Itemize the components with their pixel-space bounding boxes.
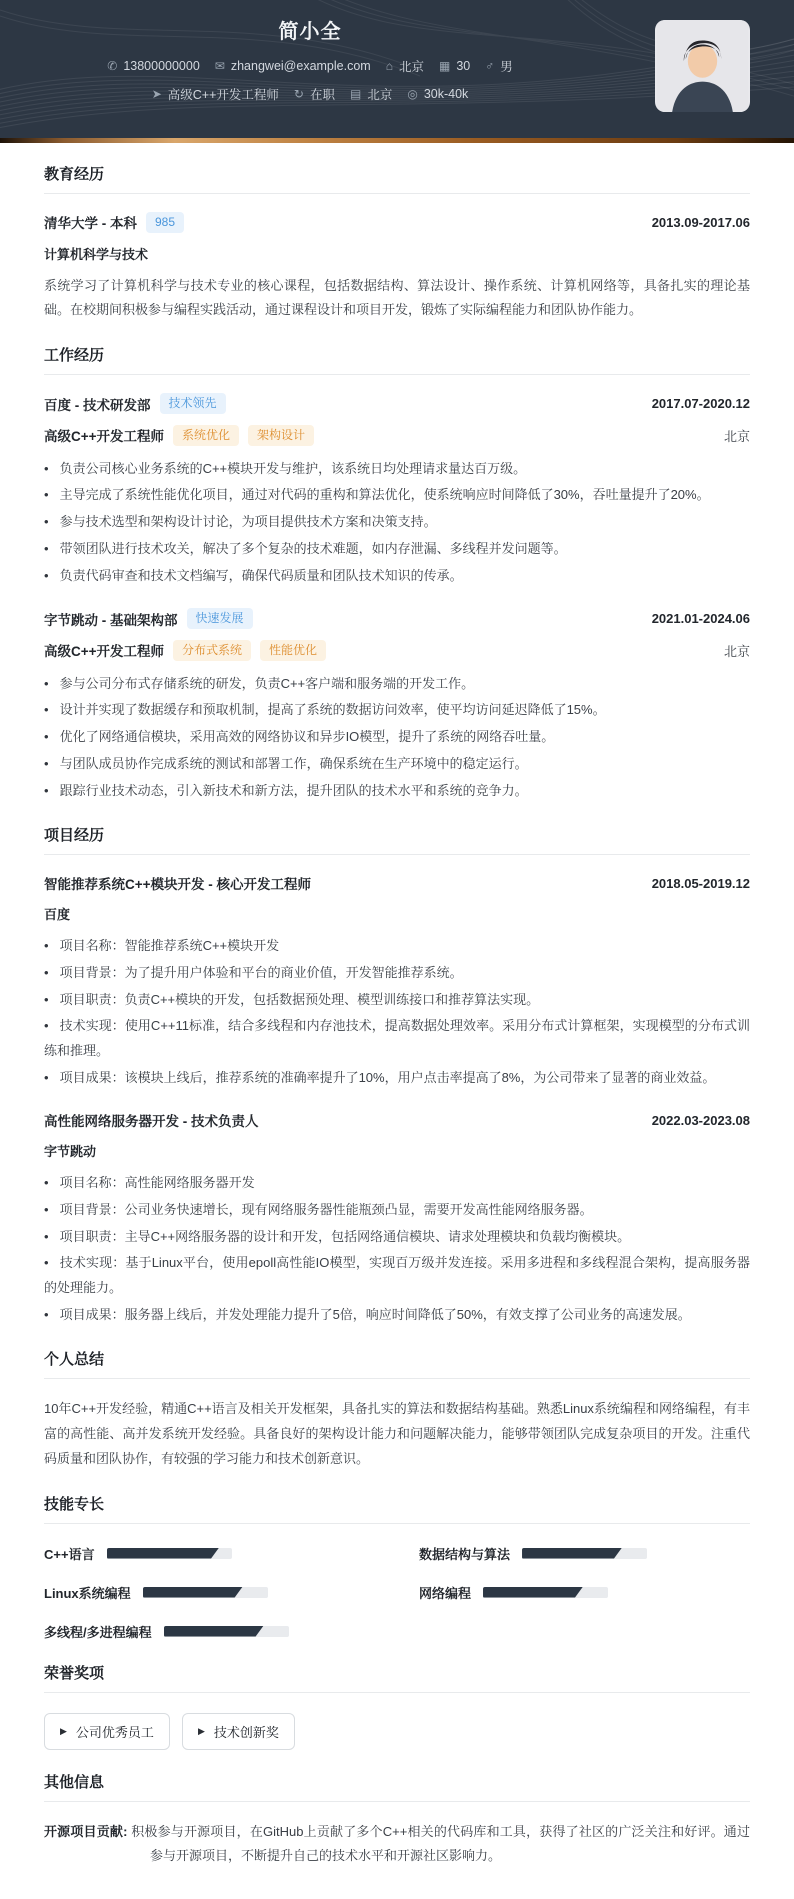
bullet-text: 负责代码审查和技术文档编写，确保代码质量和团队技术知识的传承。	[60, 568, 463, 583]
contact-item: ➤高级C++开发工程师	[152, 85, 279, 103]
contact-text: 13800000000	[123, 59, 199, 73]
skill-name: 网络编程	[419, 1583, 471, 1602]
section-heading-work: 工作经历	[44, 344, 750, 375]
bullet-item: •项目成果：服务器上线后，并发处理能力提升了5倍，响应时间降低了50%，有效支撑…	[44, 1303, 750, 1328]
bullet-item: •参与公司分布式存储系统的研发，负责C++客户端和服务端的开发工作。	[44, 672, 750, 697]
contact-item: ◎30k-40k	[407, 87, 468, 101]
bullet-dot-icon: •	[44, 1175, 49, 1190]
skill-bar-fill	[164, 1626, 264, 1637]
contact-item: ▤北京	[350, 85, 392, 103]
work-location: 北京	[724, 641, 750, 660]
project-title: 高性能网络服务器开发 - 技术负责人	[44, 1110, 259, 1130]
skill-name: C++语言	[44, 1544, 95, 1563]
section-heading-skills: 技能专长	[44, 1493, 750, 1524]
skill-tag: 分布式系统	[173, 640, 251, 661]
contact-item: ♂男	[485, 57, 513, 75]
play-icon: ▶	[60, 1726, 67, 1737]
position-icon: ➤	[152, 87, 162, 101]
project-entry: 高性能网络服务器开发 - 技术负责人2022.03-2023.08字节跳动•项目…	[44, 1110, 750, 1327]
bullet-item: •参与技术选型和架构设计讨论，为项目提供技术方案和决策支持。	[44, 510, 750, 535]
bullet-item: •项目背景：公司业务快速增长，现有网络服务器性能瓶颈凸显，需要开发高性能网络服务…	[44, 1198, 750, 1223]
contact-text: zhangwei@example.com	[231, 59, 371, 73]
candidate-name: 简小全	[0, 15, 620, 44]
work-entry-company-row: 字节跳动 - 基础架构部快速发展2021.01-2024.06	[44, 608, 750, 629]
project-title: 智能推荐系统C++模块开发 - 核心开发工程师	[44, 873, 311, 893]
project-entry-title-row: 高性能网络服务器开发 - 技术负责人2022.03-2023.08	[44, 1110, 750, 1130]
bullet-text: 技术实现：基于Linux平台，使用epoll高性能IO模型，实现百万级并发连接。…	[44, 1255, 750, 1295]
honor-label: 技术创新奖	[214, 1722, 279, 1741]
home-icon: ⌂	[386, 59, 393, 73]
contact-item: ✆13800000000	[107, 59, 200, 73]
section-skills: 技能专长 C++语言数据结构与算法Linux系统编程网络编程多线程/多进程编程	[44, 1493, 750, 1641]
project-entry-title-row: 智能推荐系统C++模块开发 - 核心开发工程师2018.05-2019.12	[44, 873, 750, 893]
bullet-list: •负责公司核心业务系统的C++模块开发与维护，该系统日均处理请求量达百万级。•主…	[44, 457, 750, 588]
contact-item: ↻在职	[294, 85, 335, 103]
skill-item: 多线程/多进程编程	[44, 1622, 375, 1641]
bullet-text: 项目名称：高性能网络服务器开发	[60, 1175, 255, 1190]
play-icon: ▶	[198, 1726, 205, 1737]
contact-text: 北京	[367, 85, 392, 103]
honor-button[interactable]: ▶公司优秀员工	[44, 1713, 170, 1750]
skill-name: 数据结构与算法	[419, 1544, 510, 1563]
bullet-dot-icon: •	[44, 1070, 49, 1085]
skill-name: Linux系统编程	[44, 1583, 131, 1602]
skill-item: 数据结构与算法	[419, 1544, 750, 1563]
skill-bar-track	[143, 1587, 268, 1598]
education-description: 系统学习了计算机科学与技术专业的核心课程，包括数据结构、算法设计、操作系统、计算…	[44, 274, 750, 323]
bullet-item: •项目背景：为了提升用户体验和平台的商业价值，开发智能推荐系统。	[44, 961, 750, 986]
bullet-dot-icon: •	[44, 461, 49, 476]
contact-item: ▦30	[439, 59, 470, 73]
skill-tag: 架构设计	[248, 425, 314, 446]
project-entry: 智能推荐系统C++模块开发 - 核心开发工程师2018.05-2019.12百度…	[44, 873, 750, 1090]
contact-text: 北京	[399, 57, 424, 75]
project-company: 百度	[44, 904, 750, 923]
bullet-item: •项目成果：该模块上线后，推荐系统的准确率提升了10%，用户点击率提高了8%，为…	[44, 1066, 750, 1091]
work-location: 北京	[724, 426, 750, 445]
bullet-item: •负责代码审查和技术文档编写，确保代码质量和团队技术知识的传承。	[44, 564, 750, 589]
contact-text: 30	[456, 59, 470, 73]
skills-grid: C++语言数据结构与算法Linux系统编程网络编程多线程/多进程编程	[44, 1524, 750, 1641]
education-date-range: 2013.09-2017.06	[652, 215, 750, 230]
skill-tag: 性能优化	[260, 640, 326, 661]
bullet-text: 技术实现：使用C++11标准，结合多线程和内存池技术，提高数据处理效率。采用分布…	[44, 1018, 750, 1058]
bullet-dot-icon: •	[44, 676, 49, 691]
bullet-text: 主导完成了系统性能优化项目，通过对代码的重构和算法优化，使系统响应时间降低了30…	[60, 487, 710, 502]
bullet-item: •设计并实现了数据缓存和预取机制，提高了系统的数据访问效率，使平均访问延迟降低了…	[44, 698, 750, 723]
bullet-item: •跟踪行业技术动态，引入新技术和新方法，提升团队的技术水平和系统的竞争力。	[44, 779, 750, 804]
work-date-range: 2021.01-2024.06	[652, 611, 750, 626]
contact-text: 男	[500, 57, 513, 75]
section-heading-education: 教育经历	[44, 163, 750, 194]
bullet-item: •带领团队进行技术攻关，解决了多个复杂的技术难题，如内存泄漏、多线程并发问题等。	[44, 537, 750, 562]
section-honors: 荣誉奖项 ▶公司优秀员工▶技术创新奖	[44, 1662, 750, 1750]
contact-row-1: ✆13800000000✉zhangwei@example.com⌂北京▦30♂…	[0, 57, 620, 75]
job-title: 高级C++开发工程师	[44, 425, 164, 445]
skill-name: 多线程/多进程编程	[44, 1622, 152, 1641]
skill-bar-track	[107, 1548, 232, 1559]
section-heading-other: 其他信息	[44, 1771, 750, 1802]
work-entry-title-row: 高级C++开发工程师分布式系统性能优化北京	[44, 640, 750, 661]
bullet-dot-icon: •	[44, 1307, 49, 1322]
phone-icon: ✆	[107, 59, 117, 73]
bullet-item: •负责公司核心业务系统的C++模块开发与维护，该系统日均处理请求量达百万级。	[44, 457, 750, 482]
honor-button[interactable]: ▶技术创新奖	[182, 1713, 295, 1750]
work-entry-company-row: 百度 - 技术研发部技术领先2017.07-2020.12	[44, 393, 750, 414]
bullet-text: 与团队成员协作完成系统的测试和部署工作，确保系统在生产环境中的稳定运行。	[60, 756, 528, 771]
skill-bar-fill	[483, 1587, 583, 1598]
bullet-dot-icon: •	[44, 1018, 49, 1033]
project-date-range: 2022.03-2023.08	[652, 1113, 750, 1128]
skill-item: C++语言	[44, 1544, 375, 1563]
profile-photo	[655, 20, 750, 112]
section-projects: 项目经历 智能推荐系统C++模块开发 - 核心开发工程师2018.05-2019…	[44, 824, 750, 1327]
bullet-item: •项目名称：高性能网络服务器开发	[44, 1171, 750, 1196]
honor-label: 公司优秀员工	[76, 1722, 154, 1741]
bullet-item: •项目职责：负责C++模块的开发，包括数据预处理、模型训练接口和推荐算法实现。	[44, 988, 750, 1013]
profile-photo-placeholder	[655, 20, 750, 112]
city-icon: ▤	[350, 87, 361, 101]
work-date-range: 2017.07-2020.12	[652, 396, 750, 411]
education-entry-header: 清华大学 - 本科 985 2013.09-2017.06	[44, 212, 750, 233]
skill-bar-fill	[522, 1548, 622, 1559]
resume-page: 简小全 ✆13800000000✉zhangwei@example.com⌂北京…	[0, 0, 794, 1899]
bullet-dot-icon: •	[44, 938, 49, 953]
project-date-range: 2018.05-2019.12	[652, 876, 750, 891]
bullet-dot-icon: •	[44, 1202, 49, 1217]
skill-bar-track	[164, 1626, 289, 1637]
work-entry: 百度 - 技术研发部技术领先2017.07-2020.12高级C++开发工程师系…	[44, 393, 750, 588]
bullet-item: •技术实现：使用C++11标准，结合多线程和内存池技术，提高数据处理效率。采用分…	[44, 1014, 750, 1063]
bullet-item: •优化了网络通信模块，采用高效的网络协议和异步IO模型，提升了系统的网络吞吐量。	[44, 725, 750, 750]
skill-tag: 系统优化	[173, 425, 239, 446]
contact-item: ⌂北京	[386, 57, 424, 75]
bullet-text: 参与公司分布式存储系统的研发，负责C++客户端和服务端的开发工作。	[60, 676, 475, 691]
bullet-dot-icon: •	[44, 487, 49, 502]
company-tag: 快速发展	[187, 608, 253, 629]
school-name: 清华大学 - 本科	[44, 212, 137, 232]
bullet-dot-icon: •	[44, 729, 49, 744]
summary-text: 10年C++开发经验，精通C++语言及相关开发框架，具备扎实的算法和数据结构基础…	[44, 1397, 750, 1471]
resume-header: 简小全 ✆13800000000✉zhangwei@example.com⌂北京…	[0, 0, 794, 138]
skill-bar-fill	[107, 1548, 220, 1559]
work-entries: 百度 - 技术研发部技术领先2017.07-2020.12高级C++开发工程师系…	[44, 375, 750, 803]
email-icon: ✉	[215, 59, 225, 73]
other-info-label: 开源项目贡献:	[44, 1824, 127, 1839]
company-tag: 技术领先	[160, 393, 226, 414]
school-badge: 985	[146, 212, 184, 233]
skill-item: 网络编程	[419, 1583, 750, 1602]
contact-row-2: ➤高级C++开发工程师↻在职▤北京◎30k-40k	[0, 85, 620, 103]
section-work: 工作经历 百度 - 技术研发部技术领先2017.07-2020.12高级C++开…	[44, 344, 750, 803]
project-entries: 智能推荐系统C++模块开发 - 核心开发工程师2018.05-2019.12百度…	[44, 855, 750, 1327]
contact-item: ✉zhangwei@example.com	[215, 59, 371, 73]
bullet-dot-icon: •	[44, 992, 49, 1007]
major-name: 计算机科学与技术	[44, 244, 750, 263]
skill-bar-track	[483, 1587, 608, 1598]
bullet-dot-icon: •	[44, 965, 49, 980]
project-company: 字节跳动	[44, 1141, 750, 1160]
header-content: 简小全 ✆13800000000✉zhangwei@example.com⌂北京…	[0, 0, 620, 103]
bullet-list: •项目名称：智能推荐系统C++模块开发•项目背景：为了提升用户体验和平台的商业价…	[44, 934, 750, 1090]
bullet-text: 带领团队进行技术攻关，解决了多个复杂的技术难题，如内存泄漏、多线程并发问题等。	[60, 541, 567, 556]
bullet-dot-icon: •	[44, 514, 49, 529]
bullet-text: 项目名称：智能推荐系统C++模块开发	[60, 938, 280, 953]
skill-item: Linux系统编程	[44, 1583, 375, 1602]
skill-bar-fill	[143, 1587, 243, 1598]
section-heading-summary: 个人总结	[44, 1348, 750, 1379]
bullet-text: 负责公司核心业务系统的C++模块开发与维护，该系统日均处理请求量达百万级。	[60, 461, 527, 476]
contact-text: 在职	[310, 85, 335, 103]
bullet-item: •与团队成员协作完成系统的测试和部署工作，确保系统在生产环境中的稳定运行。	[44, 752, 750, 777]
work-entry-title-row: 高级C++开发工程师系统优化架构设计北京	[44, 425, 750, 446]
section-education: 教育经历 清华大学 - 本科 985 2013.09-2017.06 计算机科学…	[44, 163, 750, 323]
section-heading-honors: 荣誉奖项	[44, 1662, 750, 1693]
bullet-text: 跟踪行业技术动态，引入新技术和新方法，提升团队的技术水平和系统的竞争力。	[60, 783, 528, 798]
section-other: 其他信息 开源项目贡献: 积极参与开源项目，在GitHub上贡献了多个C++相关…	[44, 1771, 750, 1869]
bullet-list: •项目名称：高性能网络服务器开发•项目背景：公司业务快速增长，现有网络服务器性能…	[44, 1171, 750, 1327]
bullet-dot-icon: •	[44, 783, 49, 798]
company-name: 百度 - 技术研发部	[44, 394, 151, 414]
bullet-item: •主导完成了系统性能优化项目，通过对代码的重构和算法优化，使系统响应时间降低了3…	[44, 483, 750, 508]
age-icon: ▦	[439, 59, 450, 73]
bullet-text: 项目职责：主导C++网络服务器的设计和开发，包括网络通信模块、请求处理模块和负载…	[60, 1229, 631, 1244]
contact-text: 30k-40k	[424, 87, 468, 101]
salary-icon: ◎	[407, 87, 417, 101]
status-icon: ↻	[294, 87, 304, 101]
section-heading-projects: 项目经历	[44, 824, 750, 855]
bullet-text: 项目成果：该模块上线后，推荐系统的准确率提升了10%，用户点击率提高了8%，为公…	[60, 1070, 716, 1085]
work-entry: 字节跳动 - 基础架构部快速发展2021.01-2024.06高级C++开发工程…	[44, 608, 750, 803]
bullet-dot-icon: •	[44, 1255, 49, 1270]
skill-bar-track	[522, 1548, 647, 1559]
bullet-text: 项目背景：为了提升用户体验和平台的商业价值，开发智能推荐系统。	[60, 965, 463, 980]
bullet-list: •参与公司分布式存储系统的研发，负责C++客户端和服务端的开发工作。•设计并实现…	[44, 672, 750, 803]
bullet-item: •项目职责：主导C++网络服务器的设计和开发，包括网络通信模块、请求处理模块和负…	[44, 1225, 750, 1250]
bullet-dot-icon: •	[44, 541, 49, 556]
bullet-item: •项目名称：智能推荐系统C++模块开发	[44, 934, 750, 959]
bullet-item: •技术实现：基于Linux平台，使用epoll高性能IO模型，实现百万级并发连接…	[44, 1251, 750, 1300]
section-summary: 个人总结 10年C++开发经验，精通C++语言及相关开发框架，具备扎实的算法和数…	[44, 1348, 750, 1471]
bullet-text: 优化了网络通信模块，采用高效的网络协议和异步IO模型，提升了系统的网络吞吐量。	[60, 729, 555, 744]
company-name: 字节跳动 - 基础架构部	[44, 609, 178, 629]
bullet-text: 参与技术选型和架构设计讨论，为项目提供技术方案和决策支持。	[60, 514, 437, 529]
job-title: 高级C++开发工程师	[44, 640, 164, 660]
gender-icon: ♂	[485, 59, 494, 73]
bullet-text: 设计并实现了数据缓存和预取机制，提高了系统的数据访问效率，使平均访问延迟降低了1…	[60, 702, 606, 717]
contact-text: 高级C++开发工程师	[168, 85, 279, 103]
bullet-text: 项目成果：服务器上线后，并发处理能力提升了5倍，响应时间降低了50%，有效支撑了…	[60, 1307, 691, 1322]
bullet-dot-icon: •	[44, 568, 49, 583]
honors-row: ▶公司优秀员工▶技术创新奖	[44, 1693, 750, 1750]
other-info-text: 开源项目贡献: 积极参与开源项目，在GitHub上贡献了多个C++相关的代码库和…	[44, 1820, 750, 1869]
bullet-dot-icon: •	[44, 756, 49, 771]
bullet-text: 项目职责：负责C++模块的开发，包括数据预处理、模型训练接口和推荐算法实现。	[60, 992, 540, 1007]
bullet-dot-icon: •	[44, 1229, 49, 1244]
resume-body: 教育经历 清华大学 - 本科 985 2013.09-2017.06 计算机科学…	[0, 143, 794, 1899]
bullet-text: 项目背景：公司业务快速增长，现有网络服务器性能瓶颈凸显，需要开发高性能网络服务器…	[60, 1202, 593, 1217]
bullet-dot-icon: •	[44, 702, 49, 717]
